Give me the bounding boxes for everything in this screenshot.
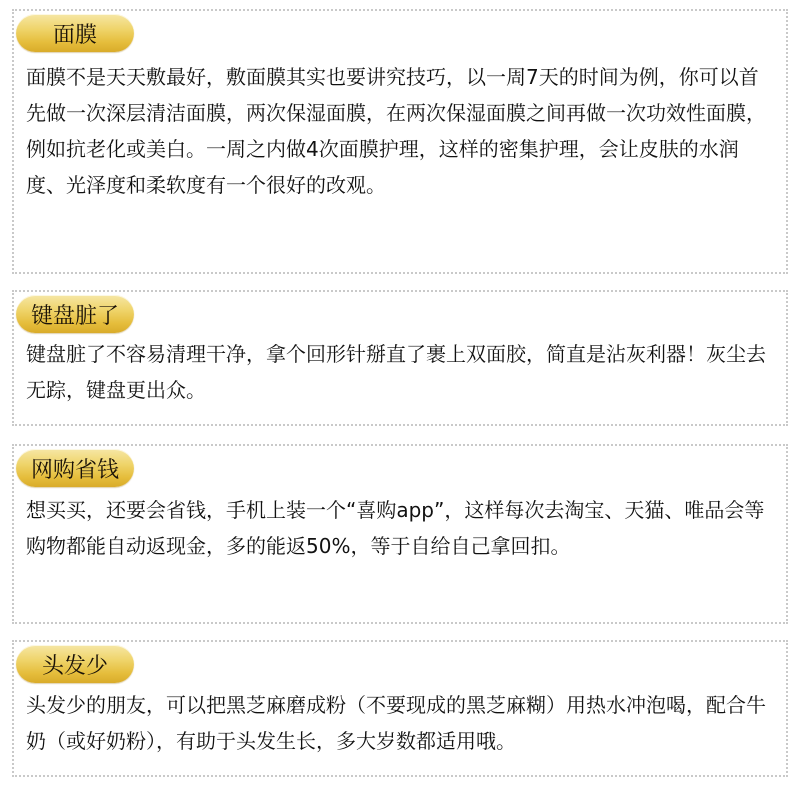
tip-title-badge: 网购省钱 xyxy=(16,449,134,487)
tip-card-face-mask: 面膜 面膜不是天天敷最好，敷面膜其实也要讲究技巧，以一周7天的时间为例，你可以首… xyxy=(12,9,788,274)
tip-card-online-shopping: 网购省钱 想买买，还要会省钱，手机上装一个“喜购app”，这样每次去淘宝、天猫、… xyxy=(12,444,788,624)
tip-title-badge: 面膜 xyxy=(16,14,134,52)
tip-body-text: 面膜不是天天敷最好，敷面膜其实也要讲究技巧，以一周7天的时间为例，你可以首先做一… xyxy=(26,59,774,203)
tip-title-badge: 头发少 xyxy=(16,645,134,683)
tip-card-dirty-keyboard: 键盘脏了 键盘脏了不容易清理干净，拿个回形针掰直了裹上双面胶，简直是沾灰利器！灰… xyxy=(12,290,788,426)
tip-card-thin-hair: 头发少 头发少的朋友，可以把黑芝麻磨成粉（不要现成的黑芝麻糊）用热水冲泡喝，配合… xyxy=(12,640,788,777)
tip-body-text: 头发少的朋友，可以把黑芝麻磨成粉（不要现成的黑芝麻糊）用热水冲泡喝，配合牛奶（或… xyxy=(26,687,774,759)
tip-body-text: 键盘脏了不容易清理干净，拿个回形针掰直了裹上双面胶，简直是沾灰利器！灰尘去无踪，… xyxy=(26,336,774,408)
tip-body-text: 想买买，还要会省钱，手机上装一个“喜购app”，这样每次去淘宝、天猫、唯品会等购… xyxy=(26,492,774,564)
tip-title-badge: 键盘脏了 xyxy=(16,295,134,333)
